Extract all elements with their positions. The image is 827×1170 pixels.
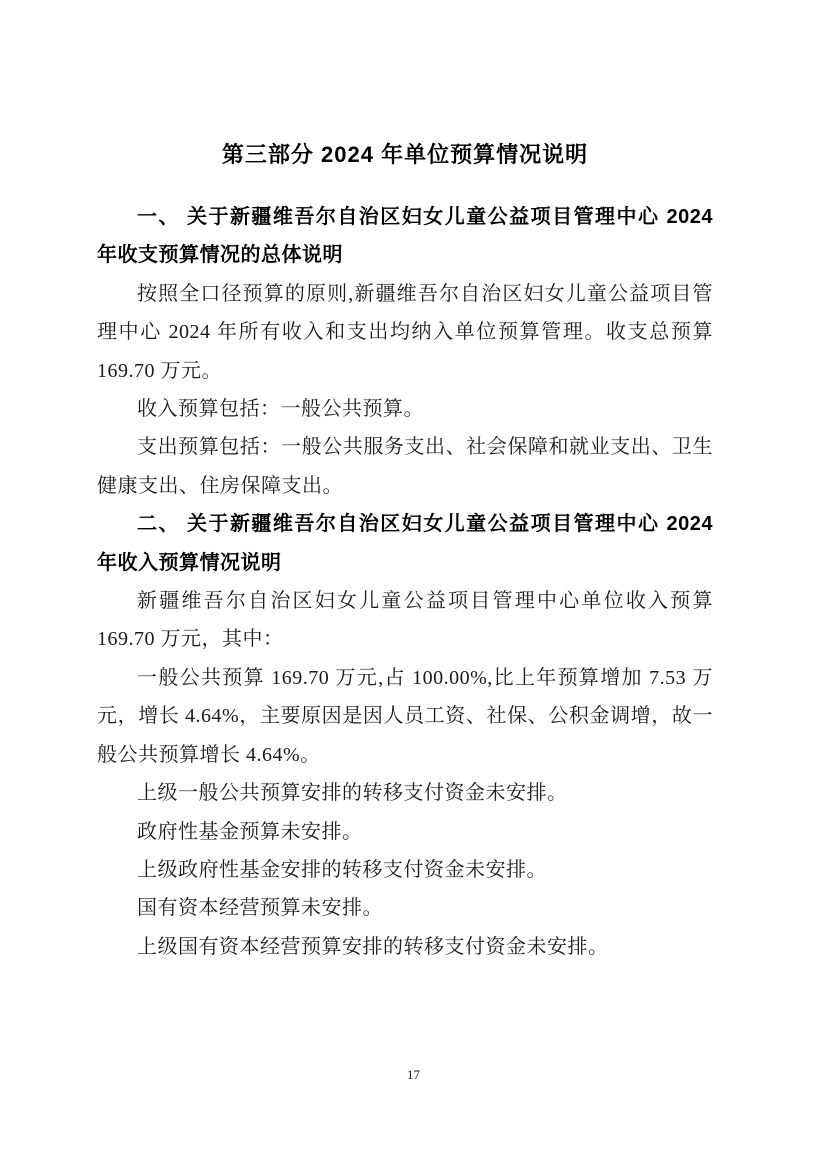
section-2-paragraph-state-capital-transfer: 上级国有资本经营预算安排的转移支付资金未安排。 <box>97 928 713 966</box>
section-2-paragraph-state-capital: 国有资本经营预算未安排。 <box>97 889 713 927</box>
document-body: 第三部分 2024 年单位预算情况说明 一、 关于新疆维吾尔自治区妇女儿童公益项… <box>97 140 713 966</box>
document-page: 第三部分 2024 年单位预算情况说明 一、 关于新疆维吾尔自治区妇女儿童公益项… <box>0 0 827 1170</box>
section-1-paragraph-income-scope: 收入预算包括：一般公共预算。 <box>97 390 713 428</box>
section-2-paragraph-transfer-payment: 上级一般公共预算安排的转移支付资金未安排。 <box>97 774 713 812</box>
section-1-paragraph-overview: 按照全口径预算的原则,新疆维吾尔自治区妇女儿童公益项目管理中心 2024 年所有… <box>97 275 713 390</box>
section-2-paragraph-gov-fund-transfer: 上级政府性基金安排的转移支付资金未安排。 <box>97 851 713 889</box>
section-2-paragraph-income-total: 新疆维吾尔自治区妇女儿童公益项目管理中心单位收入预算 169.70 万元，其中： <box>97 582 713 659</box>
page-number: 17 <box>0 1067 827 1083</box>
section-1-paragraph-expenditure-scope: 支出预算包括：一般公共服务支出、社会保障和就业支出、卫生健康支出、住房保障支出。 <box>97 428 713 505</box>
section-2-paragraph-general-budget-detail: 一般公共预算 169.70 万元,占 100.00%,比上年预算增加 7.53 … <box>97 659 713 774</box>
section-2-heading: 二、 关于新疆维吾尔自治区妇女儿童公益项目管理中心 2024 年收入预算情况说明 <box>97 505 713 582</box>
section-1-heading: 一、 关于新疆维吾尔自治区妇女儿童公益项目管理中心 2024 年收支预算情况的总… <box>97 198 713 275</box>
section-2-paragraph-gov-fund: 政府性基金预算未安排。 <box>97 813 713 851</box>
document-title: 第三部分 2024 年单位预算情况说明 <box>97 140 713 170</box>
